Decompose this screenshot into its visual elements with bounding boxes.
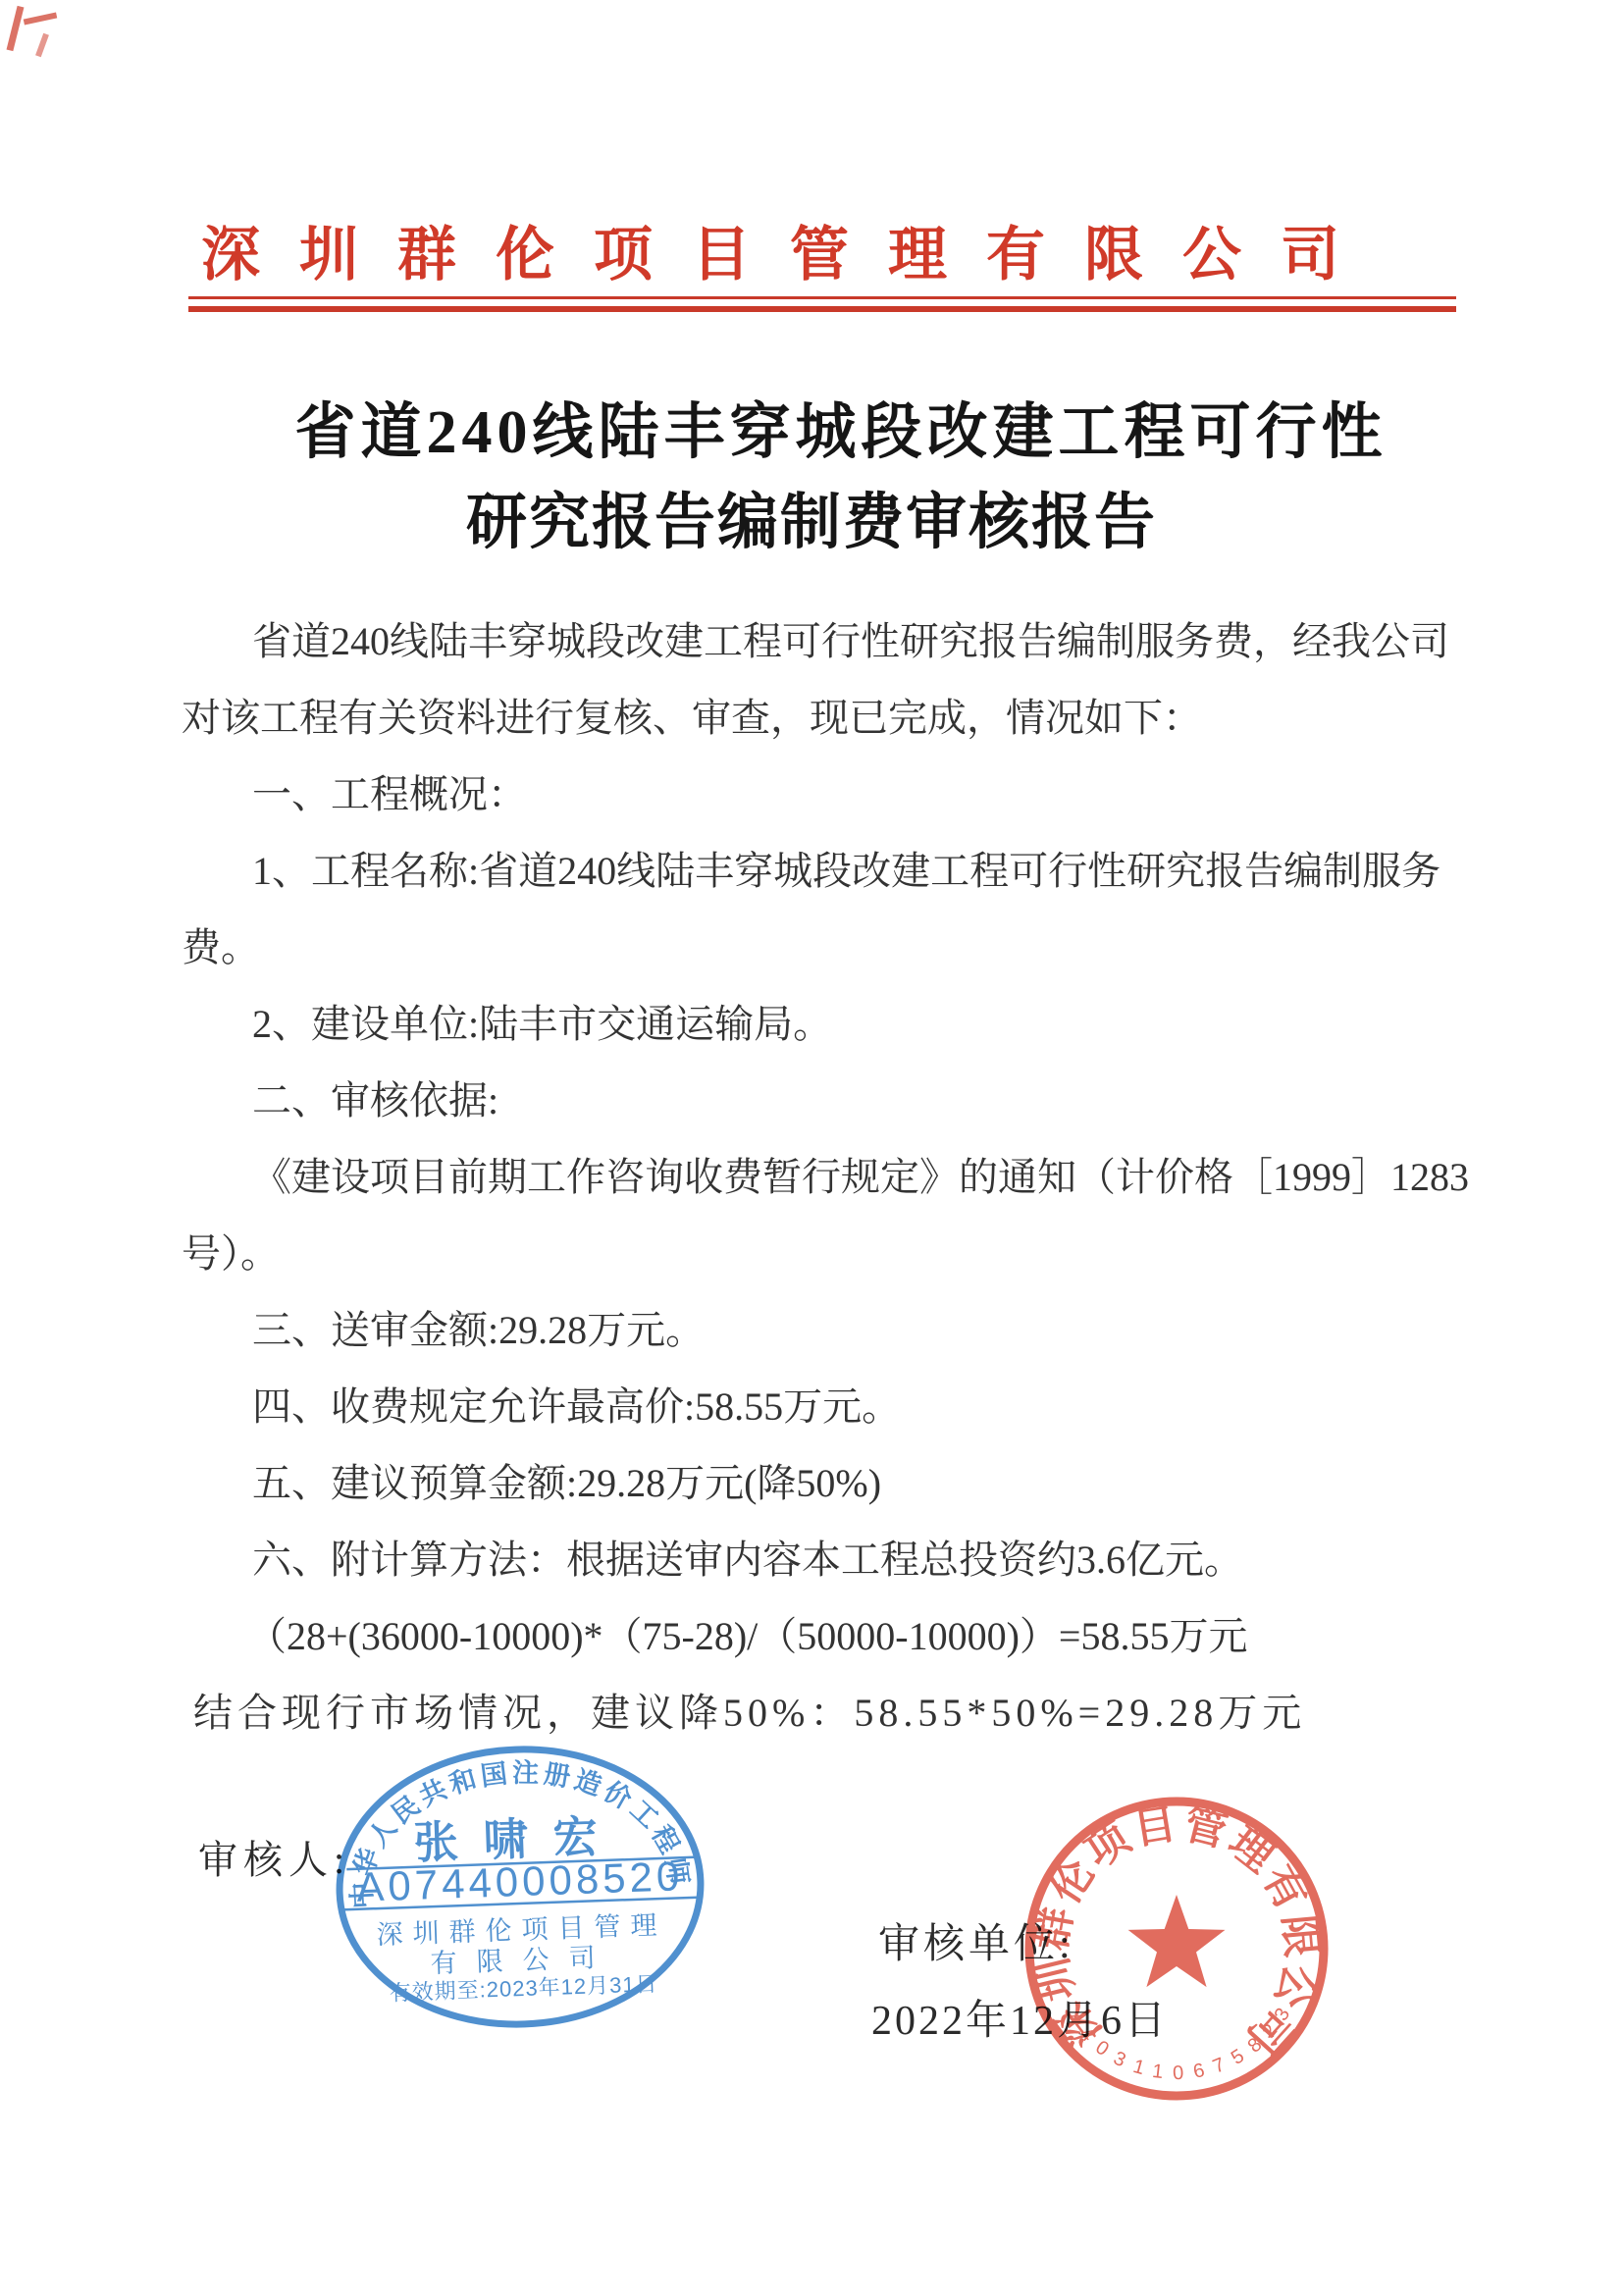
company-seal: 深圳群伦项目管理有限公司 4403110675823 bbox=[1017, 1789, 1336, 2109]
body-line: 对该工程有关资料进行复核、审查，现已完成，情况如下： bbox=[182, 695, 1496, 771]
body-line-formula: （28+(36000-10000)*（75-28)/（50000-10000)）… bbox=[182, 1613, 1496, 1690]
scan-artifact-mark bbox=[35, 33, 49, 58]
scanned-document-page: 深圳群伦项目管理有限公司 省道240线陆丰穿城段改建工程可行性 研究报告编制费审… bbox=[0, 0, 1623, 2296]
body-line: 1、工程名称:省道240线陆丰穿城段改建工程可行性研究报告编制服务 bbox=[182, 848, 1496, 924]
body-line: 五、建议预算金额:29.28万元(降50%) bbox=[182, 1460, 1496, 1537]
body-line: 三、送审金额:29.28万元。 bbox=[182, 1307, 1496, 1383]
body-line: 2、建设单位:陆丰市交通运输局。 bbox=[182, 1001, 1496, 1077]
scan-artifact-mark bbox=[7, 6, 25, 51]
body-line: 四、收费规定允许最高价:58.55万元。 bbox=[182, 1383, 1496, 1460]
report-title-line-1: 省道240线陆丰穿城段改建工程可行性 bbox=[29, 383, 1623, 470]
scan-artifact-mark bbox=[24, 13, 58, 26]
company-letterhead: 深圳群伦项目管理有限公司 bbox=[201, 208, 1379, 292]
body-line: 《建设项目前期工作咨询收费暂行规定》的通知（计价格［1999］1283 bbox=[182, 1154, 1496, 1230]
body-line: 号）。 bbox=[182, 1230, 1496, 1307]
body-line: 一、工程概况： bbox=[182, 771, 1496, 848]
report-body: 省道240线陆丰穿城段改建工程可行性研究报告编制服务费，经我公司 对该工程有关资… bbox=[182, 618, 1496, 1766]
report-title-line-2: 研究报告编制费审核报告 bbox=[0, 473, 1623, 560]
body-line: 费。 bbox=[182, 924, 1496, 1001]
stamp-company-line1: 深圳群伦项目管理 bbox=[376, 1910, 667, 1950]
cost-engineer-stamp: 中华人民共和国注册造价工程师 张啸宏 A07440008520 深圳群伦项目管理… bbox=[317, 1724, 724, 2050]
letterhead-rule-thin bbox=[188, 296, 1456, 299]
body-line: 省道240线陆丰穿城段改建工程可行性研究报告编制服务费，经我公司 bbox=[182, 618, 1496, 695]
red-star-icon bbox=[1128, 1895, 1226, 1987]
body-line: 二、审核依据: bbox=[182, 1077, 1496, 1154]
letterhead-rule-thick bbox=[188, 306, 1456, 312]
stamp-registration-number: A07440008520 bbox=[356, 1852, 684, 1910]
body-line: 六、附计算方法：根据送审内容本工程总投资约3.6亿元。 bbox=[182, 1537, 1496, 1613]
